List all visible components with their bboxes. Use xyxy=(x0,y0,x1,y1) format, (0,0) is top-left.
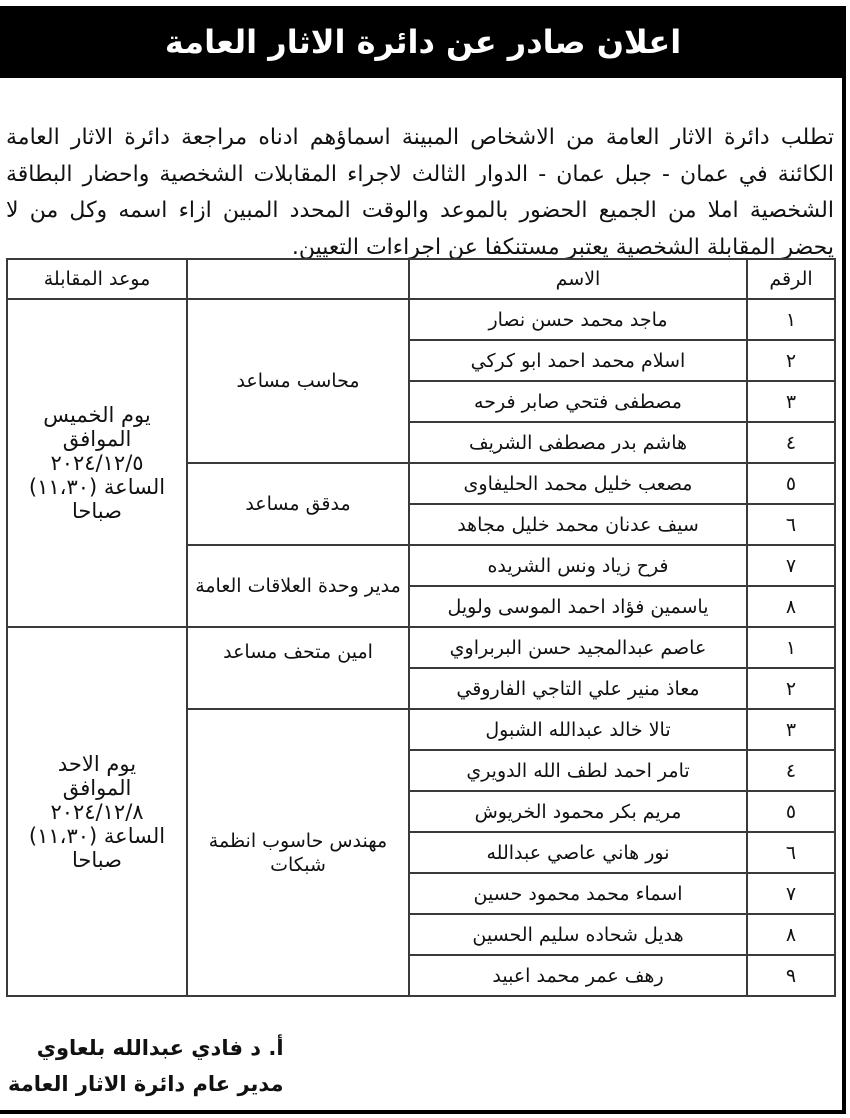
candidate-name: هديل شحاده سليم الحسين xyxy=(409,914,747,955)
candidate-name: ماجد محمد حسن نصار xyxy=(409,299,747,340)
row-number: ٨ xyxy=(747,914,835,955)
row-number: ٣ xyxy=(747,381,835,422)
interview-date-line: الموافق xyxy=(14,427,180,451)
row-number: ٩ xyxy=(747,955,835,996)
row-number: ١ xyxy=(747,627,835,668)
candidate-name: عاصم عبدالمجيد حسن البربراوي xyxy=(409,627,747,668)
row-number: ٦ xyxy=(747,504,835,545)
candidate-name: مصعب خليل محمد الحليفاوى xyxy=(409,463,747,504)
candidate-name: اسماء محمد محمود حسين xyxy=(409,873,747,914)
header-position xyxy=(187,259,409,299)
signatory-name: أ. د فادي عبدالله بلعاوي xyxy=(8,1030,284,1066)
header-name: الاسم xyxy=(409,259,747,299)
candidate-name: ياسمين فؤاد احمد الموسى ولويل xyxy=(409,586,747,627)
signatory-role: مدير عام دائرة الاثار العامة xyxy=(8,1066,284,1102)
interview-date-line: صباحا xyxy=(14,499,180,523)
interview-date-line: الساعة (١١،٣٠) xyxy=(14,475,180,499)
interview-schedule-table: الرقم الاسم موعد المقابلة ١ماجد محمد حسن… xyxy=(6,258,836,997)
interview-date-line: ٢٠٢٤/١٢/٥ xyxy=(14,451,180,475)
candidate-name: هاشم بدر مصطفى الشريف xyxy=(409,422,747,463)
candidate-name: تالا خالد عبدالله الشبول xyxy=(409,709,747,750)
header-number: الرقم xyxy=(747,259,835,299)
table-body: ١ماجد محمد حسن نصارمحاسب مساعديوم الخميس… xyxy=(7,299,835,996)
candidate-name: فرح زياد ونس الشريده xyxy=(409,545,747,586)
row-number: ٥ xyxy=(747,791,835,832)
job-position: مدير وحدة العلاقات العامة xyxy=(187,545,409,627)
announcement-header: اعلان صادر عن دائرة الاثار العامة xyxy=(0,6,846,78)
interview-date: يوم الخميسالموافق٢٠٢٤/١٢/٥الساعة (١١،٣٠)… xyxy=(7,299,187,627)
interview-date-line: ٢٠٢٤/١٢/٨ xyxy=(14,800,180,824)
row-number: ٢ xyxy=(747,668,835,709)
job-position: امين متحف مساعد xyxy=(187,627,409,709)
candidate-name: نور هاني عاصي عبدالله xyxy=(409,832,747,873)
row-number: ١ xyxy=(747,299,835,340)
signature-block: أ. د فادي عبدالله بلعاوي مدير عام دائرة … xyxy=(8,1030,284,1102)
announcement-title: اعلان صادر عن دائرة الاثار العامة xyxy=(165,23,681,61)
row-number: ٧ xyxy=(747,873,835,914)
candidate-name: تامر احمد لطف الله الدويري xyxy=(409,750,747,791)
row-number: ٢ xyxy=(747,340,835,381)
interview-date-line: صباحا xyxy=(14,848,180,872)
row-number: ٧ xyxy=(747,545,835,586)
row-number: ٣ xyxy=(747,709,835,750)
interview-date-line: يوم الخميس xyxy=(14,403,180,427)
candidate-name: سيف عدنان محمد خليل مجاهد xyxy=(409,504,747,545)
candidate-name: مريم بكر محمود الخريوش xyxy=(409,791,747,832)
header-interview-date: موعد المقابلة xyxy=(7,259,187,299)
job-position: محاسب مساعد xyxy=(187,299,409,463)
row-number: ٨ xyxy=(747,586,835,627)
candidate-name: رهف عمر محمد اعبيد xyxy=(409,955,747,996)
row-number: ٦ xyxy=(747,832,835,873)
intro-paragraph: تطلب دائرة الاثار العامة من الاشخاص المب… xyxy=(6,120,834,266)
candidate-name: معاذ منير علي التاجي الفاروقي xyxy=(409,668,747,709)
interview-date-line: الموافق xyxy=(14,776,180,800)
table-row: ١ماجد محمد حسن نصارمحاسب مساعديوم الخميس… xyxy=(7,299,835,340)
interview-date-line: الساعة (١١،٣٠) xyxy=(14,824,180,848)
job-position: مدقق مساعد xyxy=(187,463,409,545)
row-number: ٤ xyxy=(747,750,835,791)
interview-date-line: يوم الاحد xyxy=(14,752,180,776)
row-number: ٥ xyxy=(747,463,835,504)
candidate-name: اسلام محمد احمد ابو كركي xyxy=(409,340,747,381)
job-position: مهندس حاسوب انظمة شبكات xyxy=(187,709,409,996)
interview-date: يوم الاحدالموافق٢٠٢٤/١٢/٨الساعة (١١،٣٠)ص… xyxy=(7,627,187,996)
table-row: ١عاصم عبدالمجيد حسن البربراويامين متحف م… xyxy=(7,627,835,668)
row-number: ٤ xyxy=(747,422,835,463)
table-header-row: الرقم الاسم موعد المقابلة xyxy=(7,259,835,299)
candidate-name: مصطفى فتحي صابر فرحه xyxy=(409,381,747,422)
